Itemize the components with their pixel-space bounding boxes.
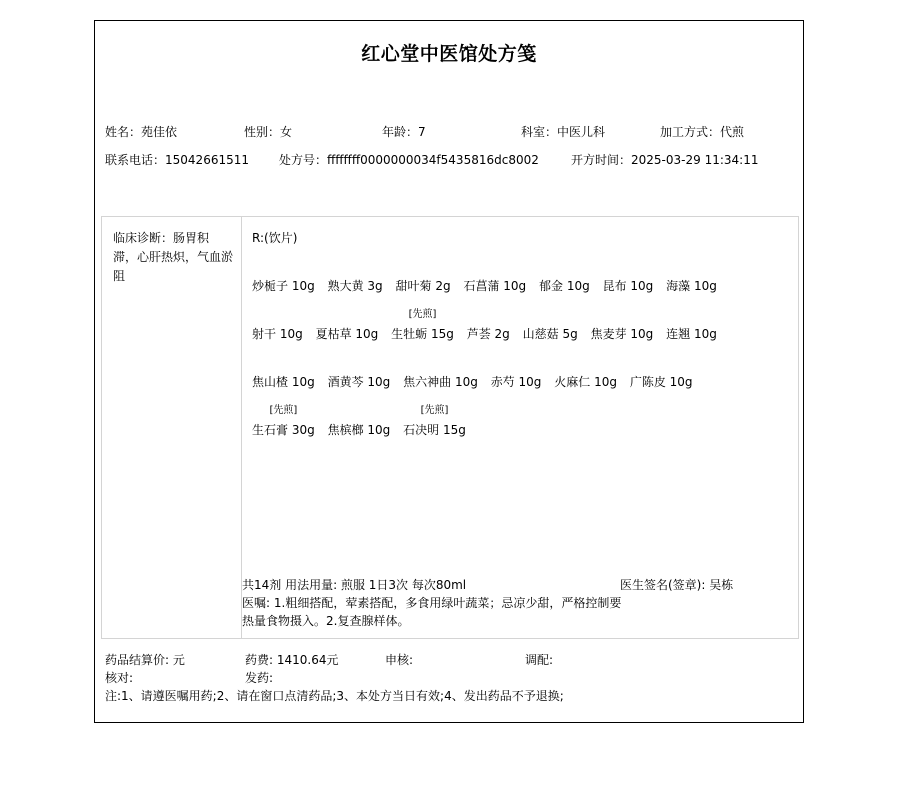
advice-label: 医嘱: <box>242 596 270 610</box>
contact-info-row: 联系电话：15042661511 处方号：ffffffff0000000034f… <box>105 151 795 167</box>
phone-value: 15042661511 <box>165 153 249 167</box>
rx-no-label: 处方号： <box>279 153 327 167</box>
decoct-first-note: [先煎] <box>391 305 454 320</box>
process-method: 加工方式：代煎 <box>660 123 744 140</box>
herb-item: 石菖蒲 10g <box>463 277 526 294</box>
dispense-label: 调配: <box>525 651 553 668</box>
patient-gender: 性别：女 <box>244 123 292 140</box>
patient-age: 年龄：7 <box>382 123 426 140</box>
herb-item: 熟大黄 3g <box>328 277 383 294</box>
herb-item: 芦荟 2g <box>467 325 510 342</box>
herb-item: 连翘 10g <box>666 325 717 342</box>
name-label: 姓名： <box>105 125 141 139</box>
time-value: 2025-03-29 11:34:11 <box>631 153 758 167</box>
name-value: 苑佳依 <box>141 125 177 139</box>
patient-info-row: 姓名：苑佳依 性别：女 年龄：7 科室：中医儿科 加工方式：代煎 <box>105 123 795 139</box>
herb-item: 炒栀子 10g <box>252 277 315 294</box>
dept-value: 中医儿科 <box>557 125 605 139</box>
herb-item: 焦山楂 10g <box>252 373 315 390</box>
gender-value: 女 <box>280 125 292 139</box>
rx-time: 开方时间：2025-03-29 11:34:11 <box>571 151 758 168</box>
prescription-box: 临床诊断：肠胃积滞，心肝热炽，气血淤阻 R:(饮片) 炒栀子 10g 熟大黄 3… <box>101 216 799 639</box>
process-value: 代煎 <box>720 125 744 139</box>
rx-no-value: ffffffff0000000034f5435816dc8002 <box>327 153 539 167</box>
patient-dept: 科室：中医儿科 <box>521 123 605 140</box>
diagnosis-cell: 临床诊断：肠胃积滞，心肝热炽，气血淤阻 <box>102 217 242 638</box>
time-label: 开方时间： <box>571 153 631 167</box>
medical-advice: 医嘱: 1.粗细搭配，荤素搭配，多食用绿叶蔬菜；忌凉少甜，严格控制要热量食物摄入… <box>242 594 622 630</box>
herb-item: [先煎]生石膏 30g <box>252 421 315 438</box>
issue-label: 发药: <box>245 669 273 686</box>
decoct-first-note: [先煎] <box>403 401 466 416</box>
herb-item: 广陈皮 10g <box>630 373 693 390</box>
herb-item: 射干 10g <box>252 325 303 342</box>
herb-item: 焦六神曲 10g <box>403 373 478 390</box>
footer-row-2: 核对: 发药: <box>105 669 795 685</box>
herb-line-1: 炒栀子 10g 熟大黄 3g 甜叶菊 2g 石菖蒲 10g 郁金 10g 昆布 … <box>252 277 726 294</box>
settle-price: 药品结算价: 元 <box>105 651 185 668</box>
herb-item: 郁金 10g <box>539 277 590 294</box>
page-title: 红心堂中医馆处方笺 <box>95 39 803 66</box>
age-label: 年龄： <box>382 125 418 139</box>
herb-item: 赤芍 10g <box>491 373 542 390</box>
herb-item: 山慈菇 5g <box>523 325 578 342</box>
doctor-name: 吴栋 <box>709 578 733 592</box>
herb-line-2: 射干 10g 夏枯草 10g [先煎]生牡蛎 15g 芦荟 2g 山慈菇 5g … <box>252 325 726 342</box>
herb-item: 焦槟榔 10g <box>328 421 391 438</box>
herb-item: 焦麦芽 10g <box>591 325 654 342</box>
diagnosis-label: 临床诊断： <box>113 231 173 245</box>
doctor-signature: 医生签名(签章): 吴栋 <box>620 576 733 594</box>
rx-number: 处方号：ffffffff0000000034f5435816dc8002 <box>279 151 539 168</box>
herb-item: 夏枯草 10g <box>316 325 379 342</box>
herb-item: 海藻 10g <box>666 277 717 294</box>
prescription-sheet: 红心堂中医馆处方笺 姓名：苑佳依 性别：女 年龄：7 科室：中医儿科 加工方式：… <box>94 20 804 723</box>
drug-fee: 药费: 1410.64元 <box>245 651 339 668</box>
herb-line-4: [先煎]生石膏 30g 焦槟榔 10g [先煎]石决明 15g <box>252 421 475 438</box>
phone-label: 联系电话： <box>105 153 165 167</box>
herb-item: [先煎]生牡蛎 15g <box>391 325 454 342</box>
phone: 联系电话：15042661511 <box>105 151 249 168</box>
herb-item: 甜叶菊 2g <box>396 277 451 294</box>
doctor-sign-label: 医生签名(签章): <box>620 578 705 592</box>
footer-row-1: 药品结算价: 元 药费: 1410.64元 申核: 调配: <box>105 651 795 667</box>
herb-item: [先煎]石决明 15g <box>403 421 466 438</box>
review-label: 申核: <box>385 651 413 668</box>
herb-item: 火麻仁 10g <box>554 373 617 390</box>
decoct-first-note: [先煎] <box>252 401 315 416</box>
footer-notice: 注:1、请遵医嘱用药;2、请在窗口点清药品;3、本处方当日有效;4、发出药品不予… <box>105 687 564 704</box>
gender-label: 性别： <box>244 125 280 139</box>
age-value: 7 <box>418 125 426 139</box>
patient-name: 姓名：苑佳依 <box>105 123 177 140</box>
rx-header: R:(饮片) <box>252 229 297 246</box>
herb-item: 酒黄芩 10g <box>328 373 391 390</box>
check-label: 核对: <box>105 669 133 686</box>
herb-line-3: 焦山楂 10g 酒黄芩 10g 焦六神曲 10g 赤芍 10g 火麻仁 10g … <box>252 373 702 390</box>
advice-text: 1.粗细搭配，荤素搭配，多食用绿叶蔬菜；忌凉少甜，严格控制要热量食物摄入。2.复… <box>242 596 621 628</box>
dept-label: 科室： <box>521 125 557 139</box>
process-label: 加工方式： <box>660 125 720 139</box>
usage-section: 共14剂 用法用量: 煎服 1日3次 每次80ml 医生签名(签章): 吴栋 医… <box>242 576 792 630</box>
herb-item: 昆布 10g <box>603 277 654 294</box>
